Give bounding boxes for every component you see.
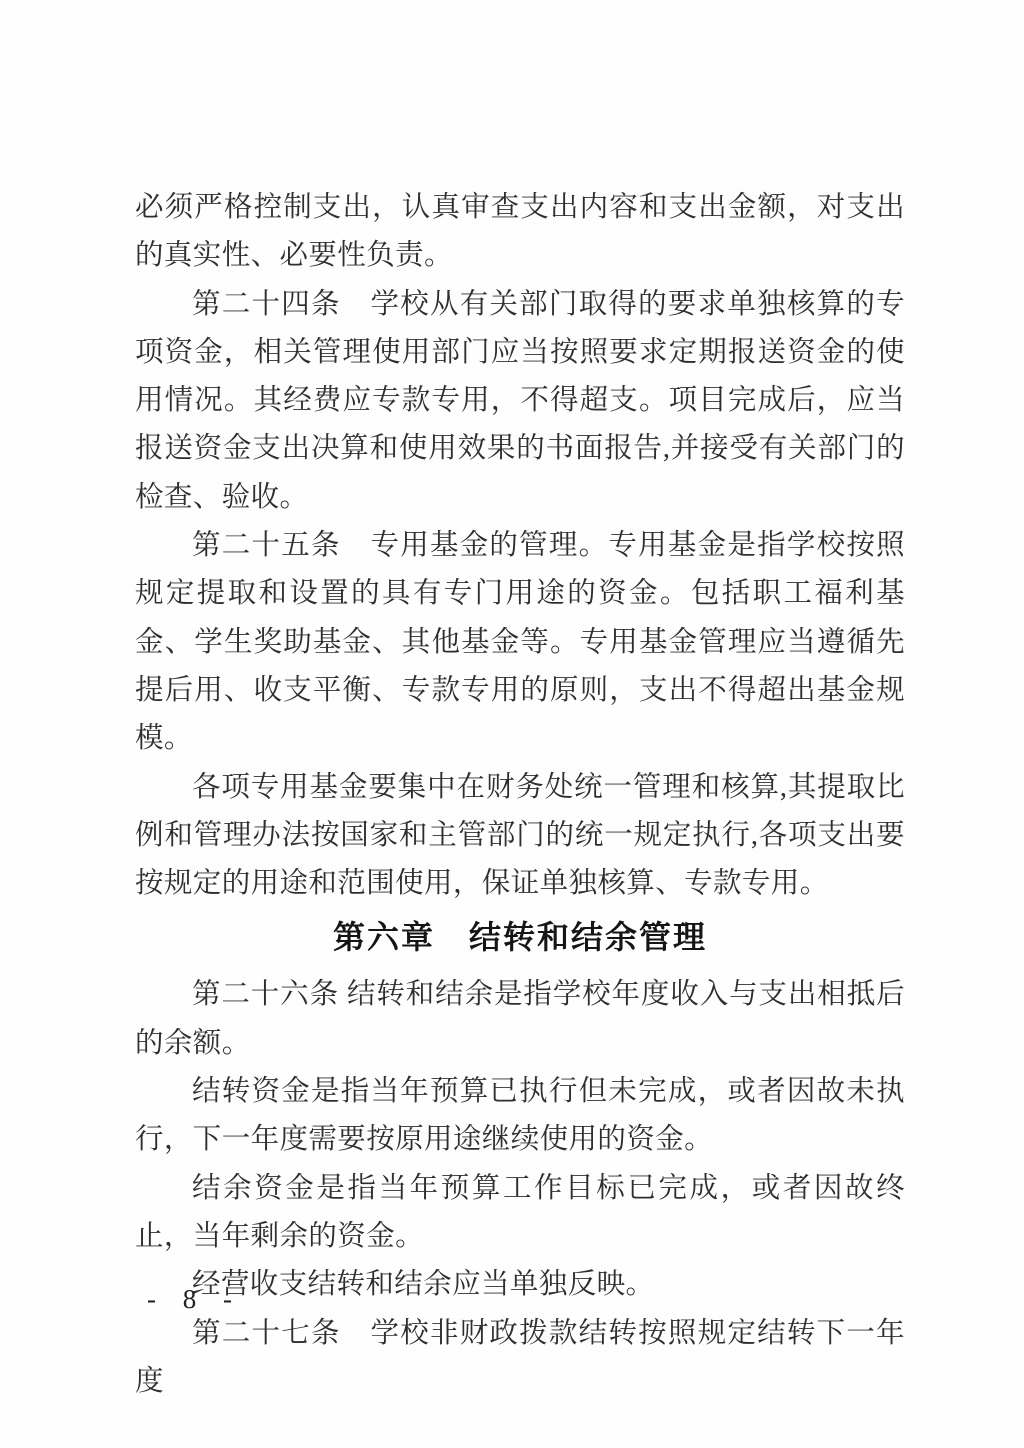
text-block: 必须严格控制支出，认真审查支出内容和支出金额，对支出的真实性、必要性负责。 第二… <box>135 184 905 1406</box>
paragraph-continuation: 必须严格控制支出，认真审查支出内容和支出金额，对支出的真实性、必要性负责。 <box>135 184 905 281</box>
paragraph-special-funds: 各项专用基金要集中在财务处统一管理和核算,其提取比例和管理办法按国家和主管部门的… <box>135 764 905 909</box>
paragraph-article-27: 第二十七条 学校非财政拨款结转按照规定结转下一年度 <box>135 1310 905 1407</box>
paragraph-carryover-funds: 结转资金是指当年预算已执行但未完成，或者因故未执行，下一年度需要按原用途继续使用… <box>135 1068 905 1165</box>
paragraph-article-26: 第二十六条 结转和结余是指学校年度收入与支出相抵后的余额。 <box>135 971 905 1068</box>
paragraph-article-24: 第二十四条 学校从有关部门取得的要求单独核算的专项资金，相关管理使用部门应当按照… <box>135 281 905 522</box>
document-page: 必须严格控制支出，认真审查支出内容和支出金额，对支出的真实性、必要性负责。 第二… <box>0 0 1024 1448</box>
paragraph-operating-balance: 经营收支结转和结余应当单独反映。 <box>135 1261 905 1309</box>
paragraph-surplus-funds: 结余资金是指当年预算工作目标已完成，或者因故终止，当年剩余的资金。 <box>135 1165 905 1262</box>
page-number: - 8 - <box>147 1282 242 1316</box>
paragraph-article-25: 第二十五条 专用基金的管理。专用基金是指学校按照规定提取和设置的具有专门用途的资… <box>135 522 905 763</box>
chapter-heading: 第六章 结转和结余管理 <box>135 913 905 961</box>
